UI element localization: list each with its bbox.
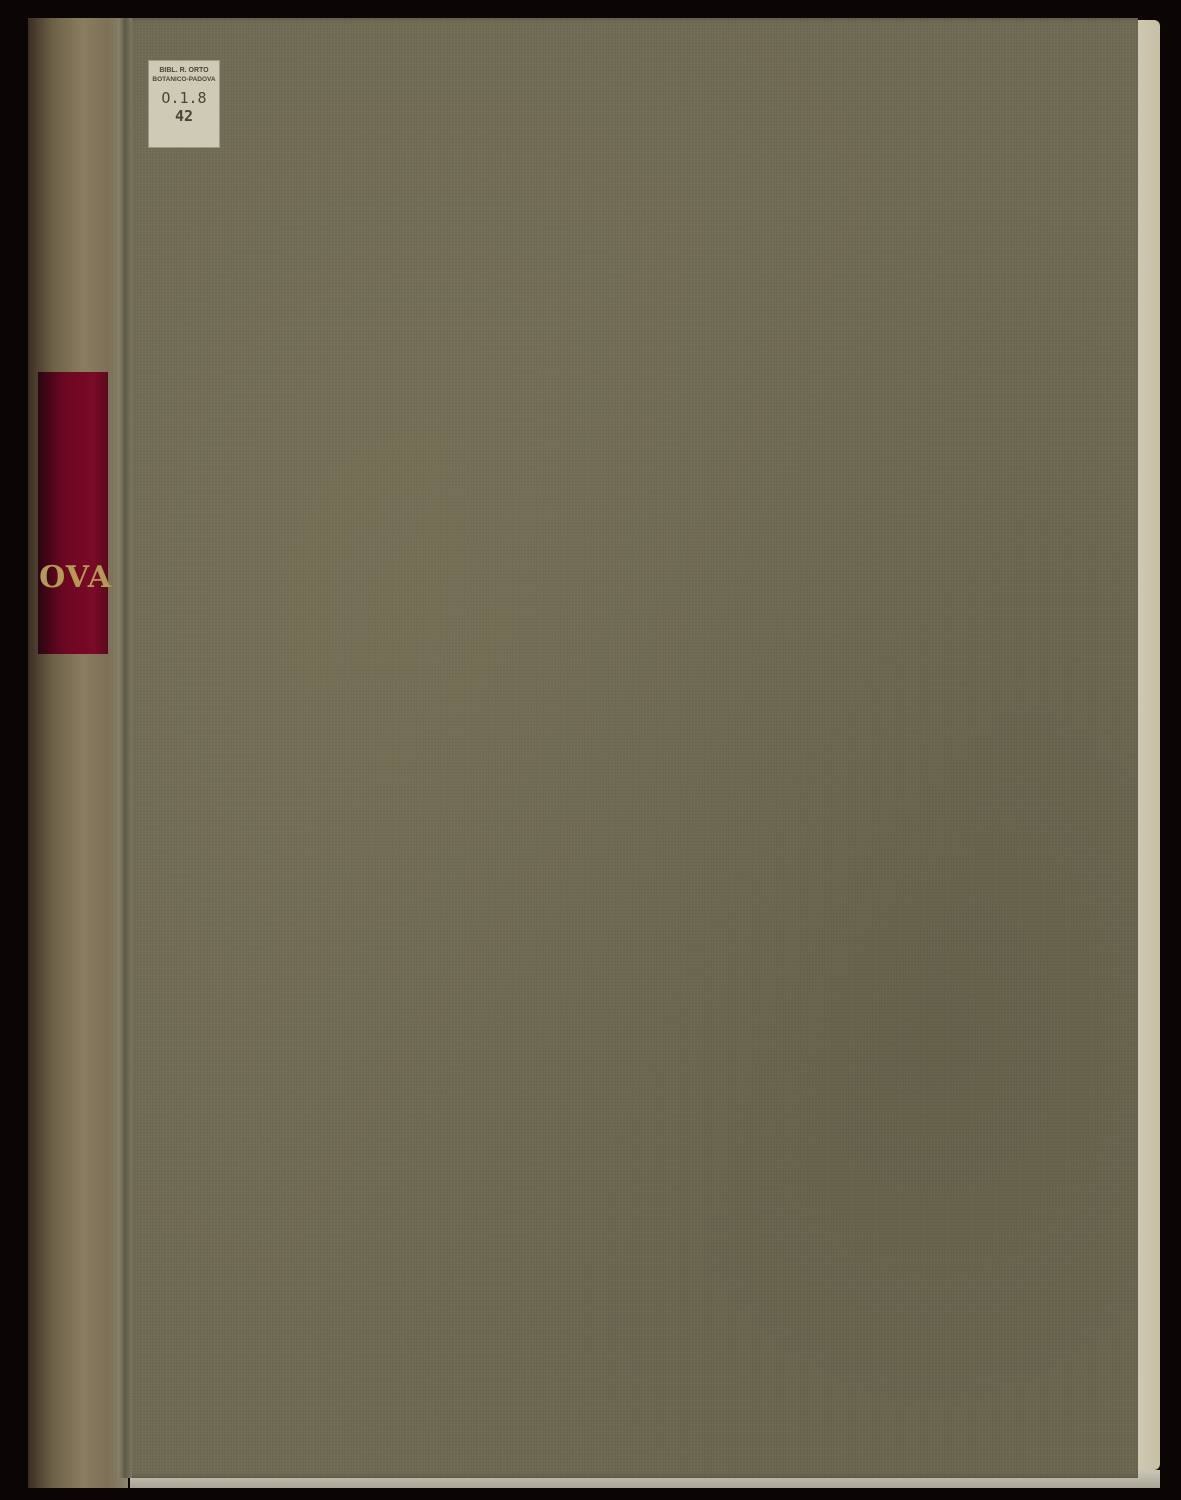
library-label: BIBL. R. ORTO BOTANICO-PADOVA O.1.8 42	[148, 60, 220, 148]
library-label-line1: BIBL. R. ORTO	[149, 67, 219, 74]
library-label-line2: BOTANICO-PADOVA	[149, 76, 219, 83]
spine-title-label	[38, 372, 108, 654]
book-spine	[28, 18, 128, 1488]
library-shelfmark: O.1.8	[149, 89, 219, 107]
book-cover	[118, 18, 1138, 1478]
spine-title-text: OVA	[32, 560, 112, 595]
library-number: 42	[149, 107, 219, 125]
book-photo: OVA BIBL. R. ORTO BOTANICO-PADOVA O.1.8 …	[0, 0, 1181, 1500]
cover-hinge	[118, 18, 132, 1478]
